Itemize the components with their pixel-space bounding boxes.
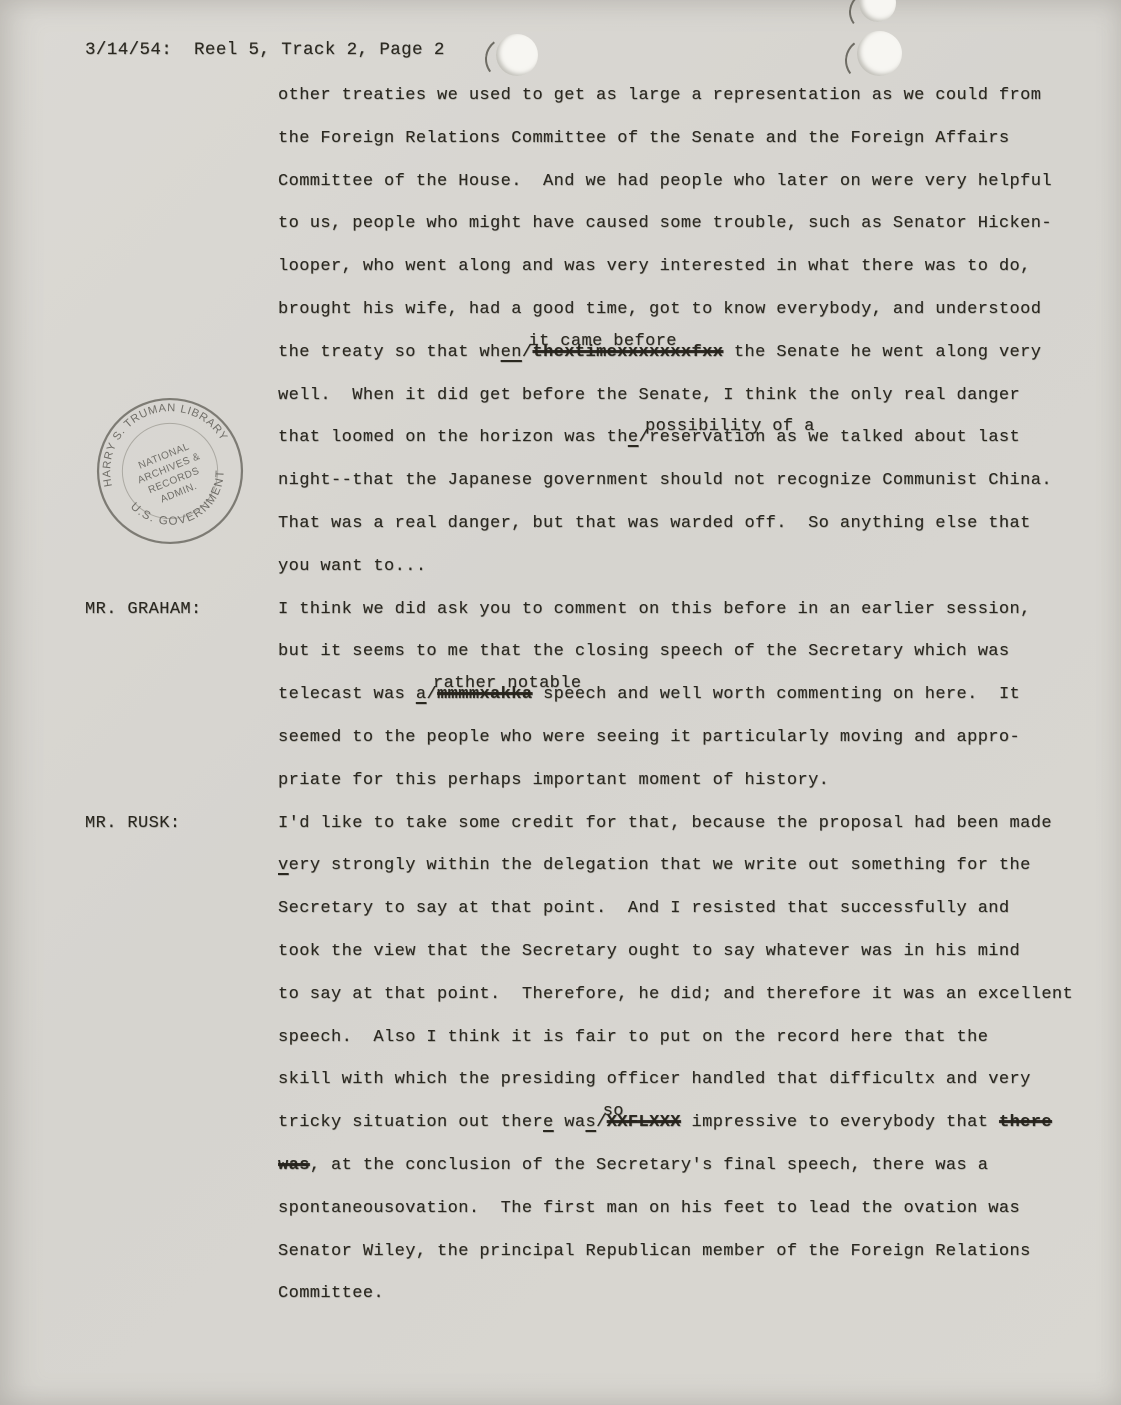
transcript-text: took the view that the Secretary ought t… xyxy=(278,942,1020,961)
transcript-text: night--that the Japanese government shou… xyxy=(278,471,1052,490)
transcript-line: other treaties we used to get as large a… xyxy=(278,75,1073,118)
transcript-block: other treaties we used to get as large a… xyxy=(85,75,1073,589)
transcript-text: Secretary to say at that point. And I re… xyxy=(278,899,1010,918)
transcript-text: impressive to everybody that xyxy=(681,1113,999,1132)
transcript-text: tricky situation out ther xyxy=(278,1113,543,1132)
strikethrough-text: XXFLXXXso xyxy=(607,1113,681,1132)
transcript-line: Senator Wiley, the principal Republican … xyxy=(278,1231,1073,1274)
transcript-text: telecast was xyxy=(278,685,416,704)
transcript-text: speech. Also I think it is fair to put o… xyxy=(278,1028,988,1047)
transcript-text: I think we did ask you to comment on thi… xyxy=(278,600,1031,619)
transcript-text: a xyxy=(416,685,427,704)
transcript-text: e xyxy=(543,1113,554,1132)
transcript-text: skill with which the presiding officer h… xyxy=(278,1070,1031,1089)
transcript-text: That was a real danger, but that was war… xyxy=(278,514,1031,533)
transcript-line: telecast was a/mmmmxakkarather notable s… xyxy=(278,674,1073,717)
transcript-block: MR. RUSK:I'd like to take some credit fo… xyxy=(85,803,1073,1317)
transcript-text: speech and well worth commenting on here… xyxy=(532,685,1020,704)
transcript-text: to us, people who might have caused some… xyxy=(278,214,1052,233)
transcript-line: but it seems to me that the closing spee… xyxy=(278,631,1073,674)
transcript-text: s xyxy=(585,1113,596,1132)
transcript-text: wa xyxy=(554,1113,586,1132)
strikethrough-text: thextimexxxxxxxfxxit came before xyxy=(532,343,723,362)
transcript-line: night--that the Japanese government shou… xyxy=(278,460,1073,503)
speaker-label: MR. RUSK: xyxy=(85,803,278,1317)
strikethrough-text: was xyxy=(278,1156,310,1175)
transcript-text: the Senate he went along very xyxy=(723,343,1041,362)
strikethrough-text: there xyxy=(999,1113,1052,1132)
transcript-line: Committee of the House. And we had peopl… xyxy=(278,161,1073,204)
transcript: other treaties we used to get as large a… xyxy=(85,75,1073,1316)
transcript-text: the Foreign Relations Committee of the S… xyxy=(278,129,1010,148)
transcript-line: I'd like to take some credit for that, b… xyxy=(278,803,1073,846)
transcript-line: that loomed on the horizon was the/reser… xyxy=(278,417,1073,460)
transcript-text: well. When it did get before the Senate,… xyxy=(278,386,1020,405)
document-page: 3/14/54: Reel 5, Track 2, Page 2 HARRY S… xyxy=(0,0,1121,1405)
transcript-line: the Foreign Relations Committee of the S… xyxy=(278,118,1073,161)
transcript-text: but it seems to me that the closing spee… xyxy=(278,642,1010,661)
transcript-line: was, at the conclusion of the Secretary'… xyxy=(278,1145,1073,1188)
transcript-block: MR. GRAHAM:I think we did ask you to com… xyxy=(85,589,1073,803)
transcript-text: I'd like to take some credit for that, b… xyxy=(278,814,1052,833)
transcript-line: the treaty so that when/thextimexxxxxxxf… xyxy=(278,332,1073,375)
punch-hole xyxy=(496,34,538,76)
transcript-text: e xyxy=(628,428,639,447)
transcript-line: looper, who went along and was very inte… xyxy=(278,246,1073,289)
typed-insertion: possibility of a xyxy=(645,406,815,449)
transcript-text: en xyxy=(501,343,522,362)
transcript-text: Committee of the House. And we had peopl… xyxy=(278,172,1052,191)
transcript-line: tricky situation out there was/XXFLXXXso… xyxy=(278,1102,1073,1145)
strikethrough-text: mmmmxakkarather notable xyxy=(437,685,532,704)
transcript-text: you want to... xyxy=(278,557,426,576)
transcript-line: to say at that point. Therefore, he did;… xyxy=(278,974,1073,1017)
typed-insertion: rather notable xyxy=(433,663,581,706)
transcript-line: priate for this perhaps important moment… xyxy=(278,760,1073,803)
punch-hole xyxy=(857,31,902,76)
page-header: 3/14/54: Reel 5, Track 2, Page 2 xyxy=(85,40,445,60)
transcript-text: looper, who went along and was very inte… xyxy=(278,257,1031,276)
transcript-line: you want to... xyxy=(278,546,1073,589)
transcript-line: Committee. xyxy=(278,1273,1073,1316)
transcript-text: spontaneousovation. The first man on his… xyxy=(278,1199,1020,1218)
transcript-line: Secretary to say at that point. And I re… xyxy=(278,888,1073,931)
transcript-text: Senator Wiley, the principal Republican … xyxy=(278,1242,1031,1261)
transcript-text: v xyxy=(278,856,289,875)
transcript-text: other treaties we used to get as large a… xyxy=(278,86,1041,105)
transcript-text: Committee. xyxy=(278,1284,384,1303)
transcript-text: seemed to the people who were seeing it … xyxy=(278,728,1020,747)
transcript-line: seemed to the people who were seeing it … xyxy=(278,717,1073,760)
transcript-line: skill with which the presiding officer h… xyxy=(278,1059,1073,1102)
transcript-text: ery strongly within the delegation that … xyxy=(289,856,1031,875)
transcript-line: speech. Also I think it is fair to put o… xyxy=(278,1017,1073,1060)
transcript-line: That was a real danger, but that was war… xyxy=(278,503,1073,546)
transcript-text: the treaty so that wh xyxy=(278,343,501,362)
transcript-line: I think we did ask you to comment on thi… xyxy=(278,589,1073,632)
transcript-text: that loomed on the horizon was th xyxy=(278,428,628,447)
transcript-text: priate for this perhaps important moment… xyxy=(278,771,829,790)
transcript-line: to us, people who might have caused some… xyxy=(278,203,1073,246)
speaker-label: MR. GRAHAM: xyxy=(85,589,278,803)
transcript-line: took the view that the Secretary ought t… xyxy=(278,931,1073,974)
transcript-text: reservation as we talked about lastpossi… xyxy=(649,428,1020,447)
transcript-line: spontaneousovation. The first man on his… xyxy=(278,1188,1073,1231)
transcript-text: brought his wife, had a good time, got t… xyxy=(278,300,1041,319)
transcript-line: very strongly within the delegation that… xyxy=(278,845,1073,888)
typed-insertion: it came before xyxy=(528,321,676,364)
transcript-text: to say at that point. Therefore, he did;… xyxy=(278,985,1073,1004)
speaker-label xyxy=(85,75,278,589)
typed-insertion: so xyxy=(603,1091,624,1134)
transcript-text: , at the conclusion of the Secretary's f… xyxy=(310,1156,989,1175)
